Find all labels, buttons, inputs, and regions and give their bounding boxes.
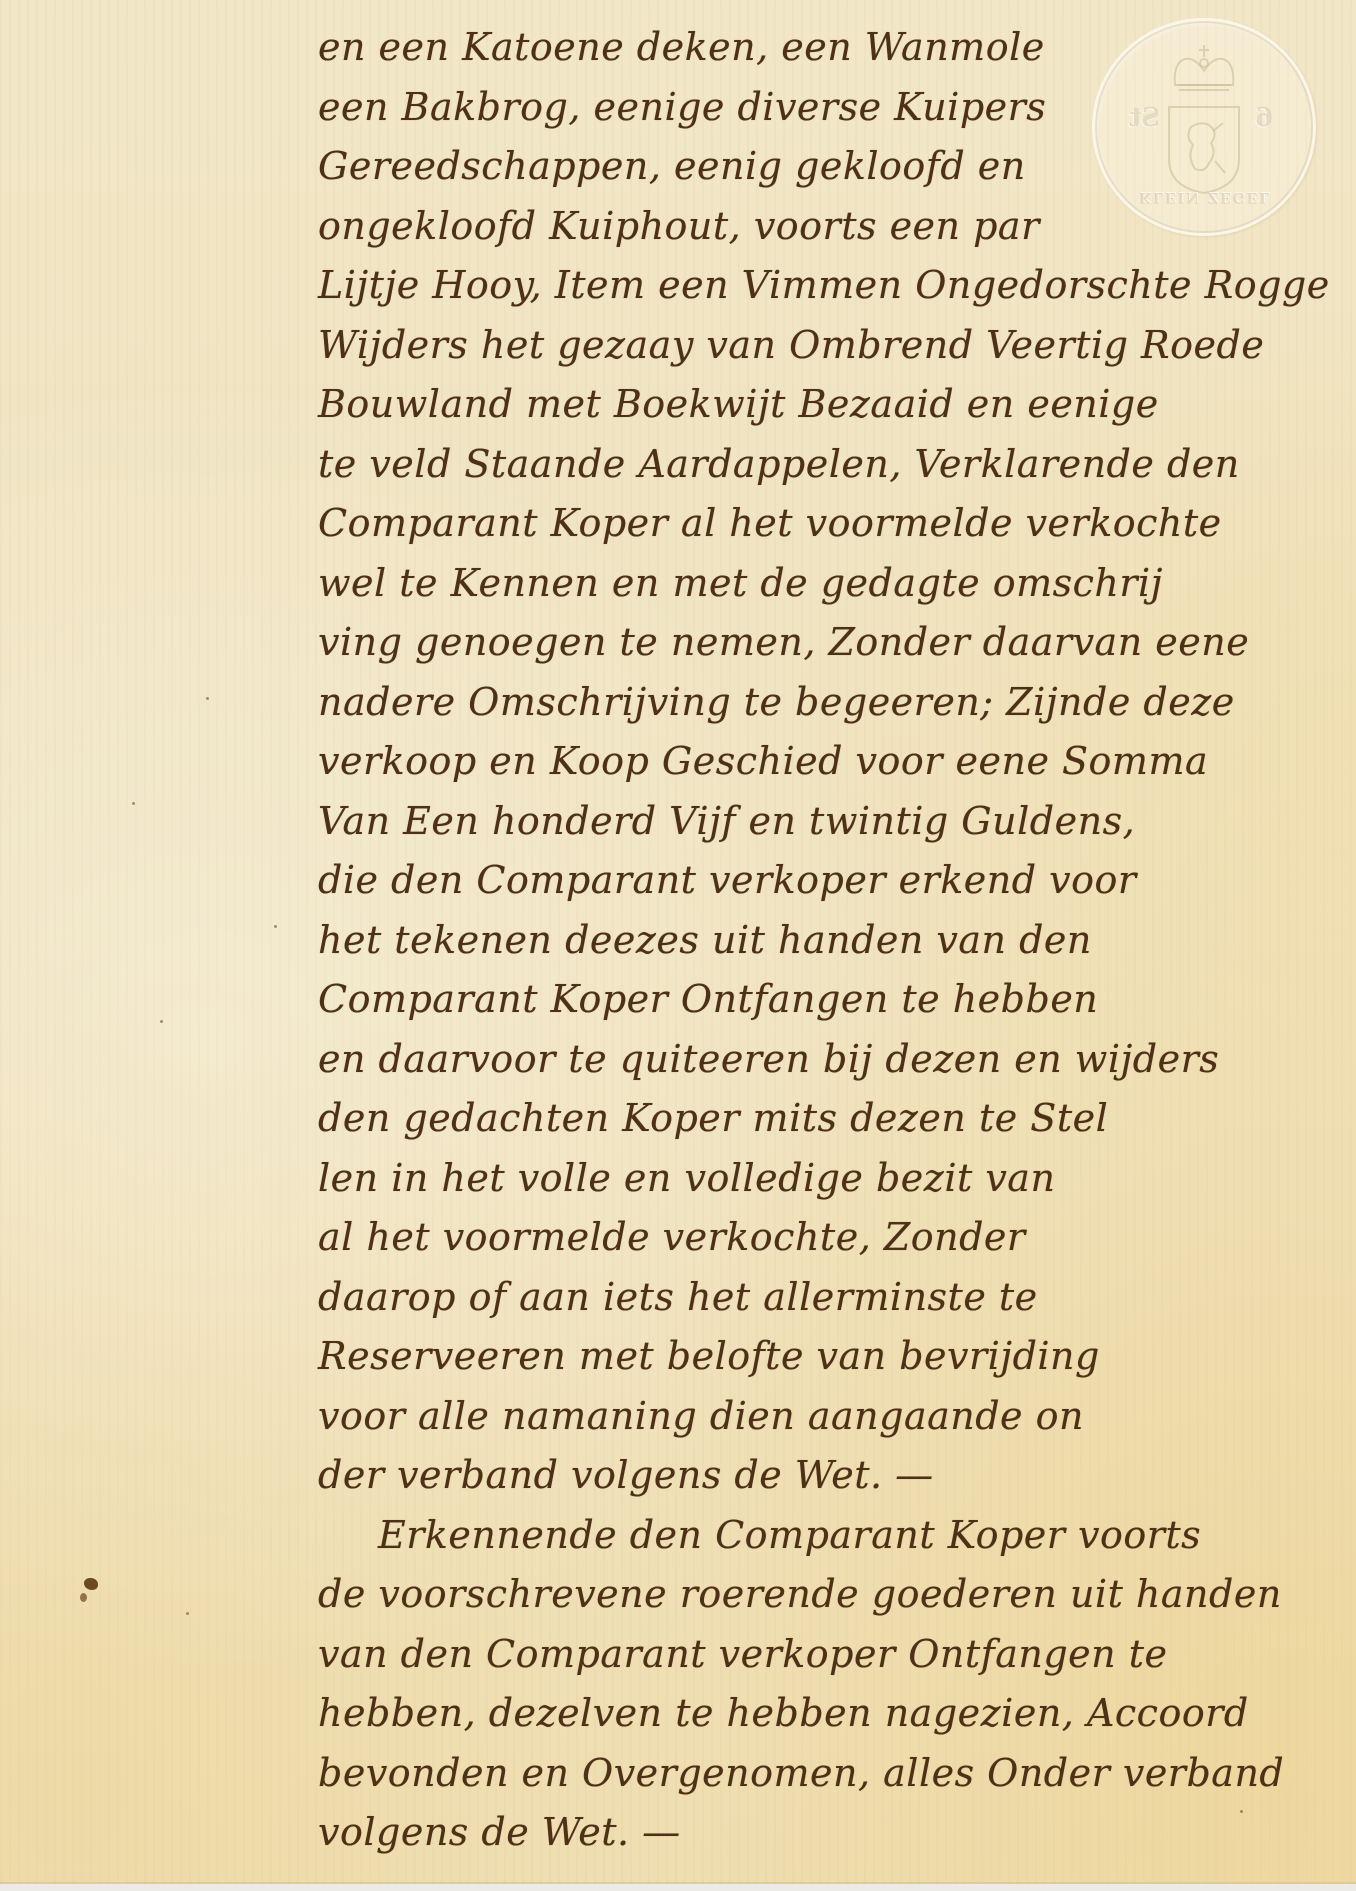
text-line: te veld Staande Aardappelen, Verklarende… <box>318 435 1338 495</box>
text-line: en een Katoene deken, een Wanmole <box>318 18 1338 78</box>
paragraph-start-line: Erkennende den Comparant Koper voorts <box>318 1506 1338 1566</box>
text-line: Lijtje Hooy, Item een Vimmen Ongedorscht… <box>318 256 1338 316</box>
text-line: hebben, dezelven te hebben nagezien, Acc… <box>318 1684 1338 1744</box>
text-line: len in het volle en volledige bezit van <box>318 1149 1338 1209</box>
paper-speck <box>1240 1810 1243 1813</box>
text-line: en daarvoor te quiteeren bij dezen en wi… <box>318 1030 1338 1090</box>
paper-speck <box>274 925 277 928</box>
manuscript-text: en een Katoene deken, een Wanmole een Ba… <box>318 18 1338 1863</box>
text-line: voor alle namaning dien aangaande on <box>318 1387 1338 1447</box>
text-line: Wijders het gezaay van Ombrend Veertig R… <box>318 316 1338 376</box>
text-line: al het voormelde verkochte, Zonder <box>318 1208 1338 1268</box>
text-line: verkoop en Koop Geschied voor eene Somma <box>318 732 1338 792</box>
text-line: ving genoegen te nemen, Zonder daarvan e… <box>318 613 1338 673</box>
text-line: de voorschrevene roerende goederen uit h… <box>318 1565 1338 1625</box>
paper-speck <box>186 1612 189 1615</box>
ink-blot <box>80 1593 87 1602</box>
paper-speck <box>132 802 135 805</box>
paper-speck <box>160 1020 163 1023</box>
text-line: den gedachten Koper mits dezen te Stel <box>318 1089 1338 1149</box>
text-line: bevonden en Overgenomen, alles Onder ver… <box>318 1744 1338 1804</box>
text-line: ongekloofd Kuiphout, voorts een par <box>318 197 1338 257</box>
text-line: Comparant Koper Ontfangen te hebben <box>318 970 1338 1030</box>
text-line: Van Een honderd Vijf en twintig Guldens, <box>318 792 1338 852</box>
text-line: van den Comparant verkoper Ontfangen te <box>318 1625 1338 1685</box>
scan-bottom-margin <box>0 1884 1356 1891</box>
text-line: Comparant Koper al het voormelde verkoch… <box>318 494 1338 554</box>
text-line: daarop of aan iets het allerminste te <box>318 1268 1338 1328</box>
text-line: nadere Omschrijving te begeeren; Zijnde … <box>318 673 1338 733</box>
text-line: Gereedschappen, eenig gekloofd en <box>318 137 1338 197</box>
paper-speck <box>206 697 209 700</box>
text-line: der verband volgens de Wet. — <box>318 1446 1338 1506</box>
text-line: een Bakbrog, eenige diverse Kuipers <box>318 78 1338 138</box>
text-line: die den Comparant verkoper erkend voor <box>318 851 1338 911</box>
text-line: het tekenen deezes uit handen van den <box>318 911 1338 971</box>
text-line: wel te Kennen en met de gedagte omschrij <box>318 554 1338 614</box>
text-line: Bouwland met Boekwijt Bezaaid en eenige <box>318 375 1338 435</box>
text-line: volgens de Wet. — <box>318 1803 1338 1863</box>
text-line: Reserveeren met belofte van bevrijding <box>318 1327 1338 1387</box>
ink-blot <box>84 1578 98 1590</box>
